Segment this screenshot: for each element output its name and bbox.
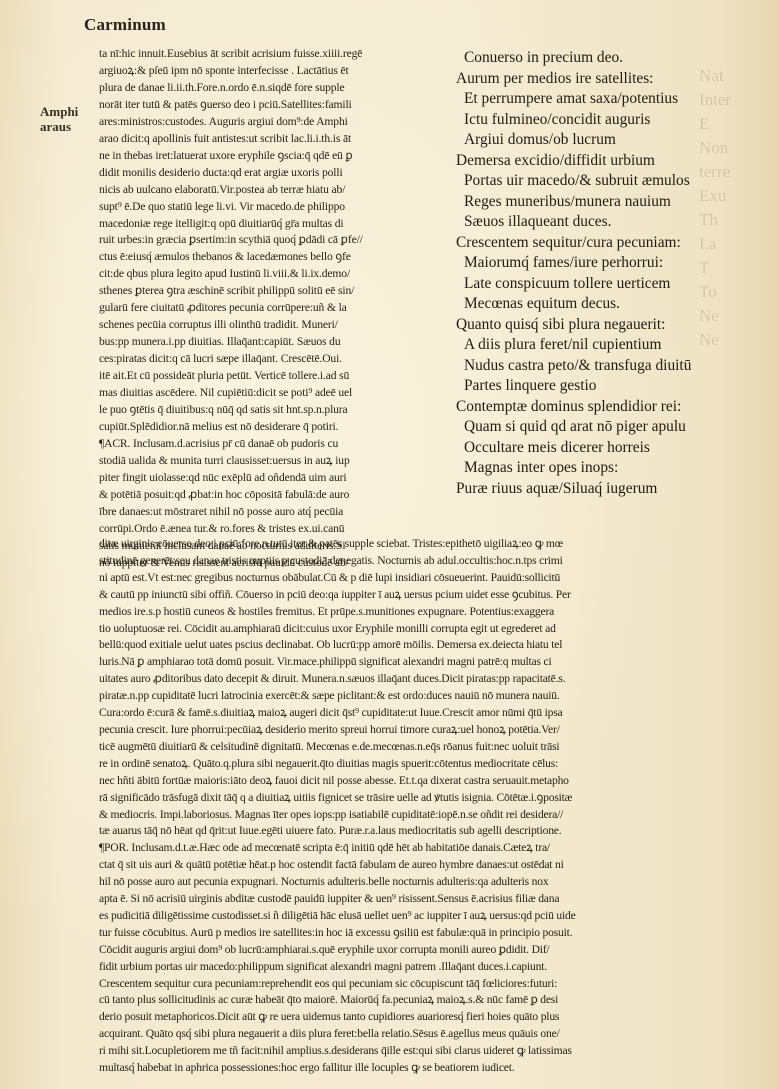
commentary-line: nicis ab uulcano elaboratū.Vir.postea ab… [99, 182, 451, 199]
poem-line: Demersa excidio/diffidit urbium [456, 151, 756, 172]
commentary-line: macedoniæ rege itelligit:q opū diuitiarū… [99, 216, 451, 233]
commentary-line: ne in thebas iret:latuerat uxore eryphil… [99, 148, 451, 165]
commentary-line: norāt iter tutū & patēs ꝯuerso deo i pci… [99, 97, 451, 114]
margin-note: Amphi araus [40, 104, 78, 134]
commentary-line: ces:piratas dicit:q cā lucri sæpe illaq̄… [99, 351, 451, 368]
commentary-line: ¶ACR. Inclusam.d.acrisius pr̄ cū danaē o… [99, 436, 451, 453]
commentary-line: supt⁹ ē.De quo statiū lege li.vi. Vir ma… [99, 199, 451, 216]
commentary-line: arao dicit:q apollinis fuit antistes:ut … [99, 131, 451, 148]
poem-line: Reges muneribus/munera nauium [456, 192, 756, 213]
poem-line: Contemptæ dominus splendidior rei: [456, 397, 756, 418]
commentary-line: nec hñti ābitū fortūæ maioris:iāto deoꝝ … [99, 773, 769, 790]
commentary-line: ni aptū est.Vt est:nec gregibus nocturnu… [99, 570, 769, 587]
commentary-line: mas diuitias ascēdere. Nil cupiētiū:dici… [99, 385, 451, 402]
commentary-line: multasq́ habebat in aphrica possessiones… [99, 1060, 769, 1077]
commentary-line: plura de danae li.ii.th.Fore.n.ordo ē.n.… [99, 80, 451, 97]
poem-line: Late conspicuum tollere uerticem [456, 274, 756, 295]
commentary-line: bus:pp munera.i.pp diuitias. Illaq̄ant:c… [99, 334, 451, 351]
poem-line: Ictu fulmineo/concidit auguris [456, 110, 756, 131]
poem-line: Quanto quisq́ sibi plura negauerit: [456, 315, 756, 336]
commentary-line: apta ē. Si nō acrisiū uirginis abditæ cu… [99, 891, 769, 908]
commentary-line: sthenes ꝑterea ꝯtra æschinē scribit phil… [99, 283, 451, 300]
margin-note-line: Amphi [40, 104, 78, 119]
poem-line: A diis plura feret/nil cupientium [456, 335, 756, 356]
commentary-line: bellū:quod exitiale uelut uates pscius d… [99, 637, 769, 654]
poem-line: Occultare meis dicerer horreis [456, 438, 756, 459]
poem-line: Nudus castra peto/& transfuga diuitū [456, 356, 756, 377]
scanned-page: NatInterENonterreExuThI.aTToNeNe Carminu… [0, 0, 779, 1089]
commentary-line: gularū fere ciuitatū ꝓditores pecunia co… [99, 300, 451, 317]
commentary-line: ctus ē:eiusq́ æmulos thebanos & lacedæmo… [99, 249, 451, 266]
commentary-line: ares:ministros:custodes. Auguris argiui … [99, 114, 451, 131]
commentary-line: ctat q̄ sit uis auri & quātū potētiæ hēa… [99, 857, 769, 874]
commentary-line: ¶POR. Inclusam.d.t.æ.Hæc ode ad mecœnatē… [99, 840, 769, 857]
commentary-line: ticē augmētū diuitiarū & celsitudinē dig… [99, 739, 769, 756]
commentary-line: & mediocris. Impi.laboriosus. Magnas īte… [99, 807, 769, 824]
commentary-line: luris.Nā ꝑ amphiarao totā domū posuit. V… [99, 654, 769, 671]
poem-line: Partes linquere gestio [456, 376, 756, 397]
commentary-line: tio uoluptuosæ rei. Cōcidit au.amphiaraū… [99, 621, 769, 638]
commentary-full-width: ditæ uirginis cōuerso deo i pciū:fore.n.… [99, 536, 769, 1077]
commentary-line: piratæ.n.pp cupiditatē lucri latrocinia … [99, 688, 769, 705]
poem-line: Maiorumq́ fames/iure perhorrui: [456, 253, 756, 274]
commentary-line: Crescentem sequitur cura pecuniam:repreh… [99, 976, 769, 993]
margin-note-line: araus [40, 119, 78, 134]
commentary-line: rā significādo trāsfugā dixit tāq̄ q a d… [99, 790, 769, 807]
poem-line: Quam si quid qd arat nō piger apulu [456, 417, 756, 438]
poem-line: Conuerso in precium deo. [456, 48, 756, 69]
commentary-line: medios ire.s.p hostiū cuneos & hostiles … [99, 604, 769, 621]
commentary-line: tur fuisse cōcubitus. Aurū p medios ire … [99, 925, 769, 942]
commentary-line: ditæ uirginis cōuerso deo i pciū:fore.n.… [99, 536, 769, 553]
commentary-line: Cōcidit auguris argiui dom⁹ ob lucrū:amp… [99, 942, 769, 959]
commentary-line: stodiā ualida & munita turri clausisset:… [99, 453, 451, 470]
commentary-line: stitudinē generēt:seu danae tristis nupt… [99, 553, 769, 570]
commentary-line: schenes pecūia corruptus illi olinthū tr… [99, 317, 451, 334]
commentary-line: fidit urbium portas uir macedo:philippum… [99, 959, 769, 976]
commentary-line: re in ordinē senatoꝝ. Quāto.q.plura sibi… [99, 756, 769, 773]
poem-line: Et perrumpere amat saxa/potentius [456, 89, 756, 110]
poem-line: Magnas inter opes inops: [456, 458, 756, 479]
commentary-line: cū tanto plus sollicitudinis ac curæ hab… [99, 992, 769, 1009]
commentary-line: Cura:ordo ē:curā & famē.s.diuitiaꝝ maioꝝ… [99, 705, 769, 722]
poem-line: Sæuos illaqueant duces. [456, 212, 756, 233]
commentary-line: didit monilis desiderio ducta:qd erat ar… [99, 165, 451, 182]
poem-line: Crescentem sequitur/cura pecuniam: [456, 233, 756, 254]
commentary-line: derio posuit metaphoricos.Dicit aūt ꝙ re… [99, 1009, 769, 1026]
commentary-line: uitates auro ꝓditoribus dato decepit & d… [99, 671, 769, 688]
commentary-line: tæ auarus tāq̄ nō hēat qd q̄rit:ut Iuue.… [99, 823, 769, 840]
poem-line: Mecœnas equitum decus. [456, 294, 756, 315]
poem-verse-block: Conuerso in precium deo.Aurum per medios… [456, 48, 756, 499]
running-head: Carminum [84, 15, 166, 35]
poem-line: Portas uir macedo/& subruit æmulos [456, 171, 756, 192]
poem-line: Argiui domus/ob lucrum [456, 130, 756, 151]
commentary-line: acquirant. Quāto qsq́ sibi plura negauer… [99, 1026, 769, 1043]
commentary-line: hil nō posse auro aut pecunia expugnari.… [99, 874, 769, 891]
commentary-line: pecunia crescit. Iure phorrui:pecūiaꝝ de… [99, 722, 769, 739]
commentary-line: ri mihi sit.Locupletiorem me tñ facit:ni… [99, 1043, 769, 1060]
commentary-line: ta nī:hic innuit.Eusebius āt scribit acr… [99, 46, 451, 63]
commentary-line: es pudicitiā diligētissime custodisset.s… [99, 908, 769, 925]
commentary-line: & cautū pp iniunctū sibi offiñ. Cōuerso … [99, 587, 769, 604]
commentary-line: piter fingit uiolasse:qd nūc exēplū ad o… [99, 470, 451, 487]
commentary-line: cupiūt.Splēdidior.nā melius est nō desid… [99, 419, 451, 436]
commentary-line: ībre danaes:ut mōstraret nihil nō posse … [99, 504, 451, 521]
poem-line: Aurum per medios ire satellites: [456, 69, 756, 90]
commentary-line: argiuoꝝ:& pſeū ipm nō sponte interfeciss… [99, 63, 451, 80]
commentary-line: ruit urbes:in græcia ꝑsertim:in scythiā … [99, 232, 451, 249]
poem-line: Puræ riuus aquæ/Siluaq́ iugerum [456, 479, 756, 500]
commentary-line: & potētiā posuit:qd ꝓbat:in hoc cōpositā… [99, 487, 451, 504]
commentary-line: le puo ꝯtētis q̄ diuitibus:q nūq̄ qd sat… [99, 402, 451, 419]
commentary-column: ta nī:hic innuit.Eusebius āt scribit acr… [99, 46, 451, 572]
commentary-line: cit:de qbus plura legito apud Iustinū li… [99, 266, 451, 283]
commentary-line: itē ait.Et cū possideāt pluria petūt. Ve… [99, 368, 451, 385]
